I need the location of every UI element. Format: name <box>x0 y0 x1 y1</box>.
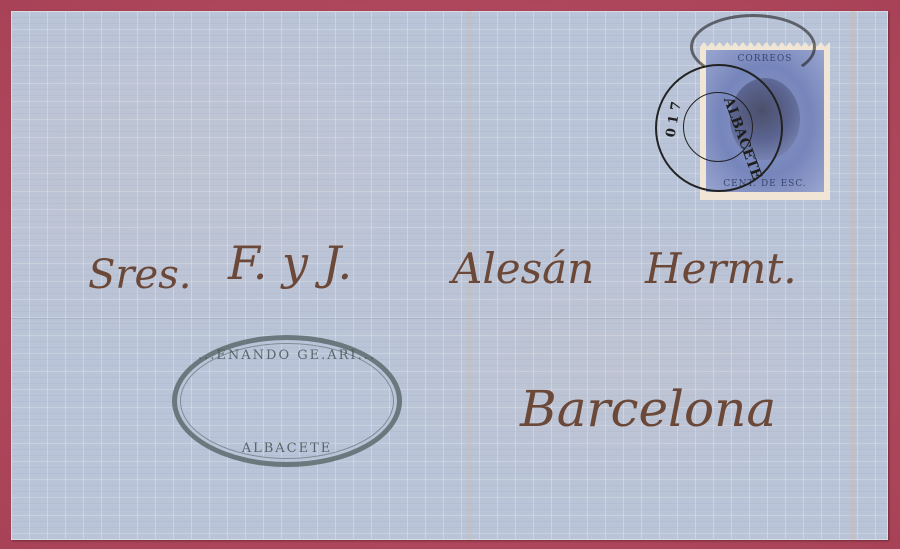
address-suffix: Hermt. <box>645 244 797 293</box>
handstamp-top-text: ...ENANDO GE.ARI... <box>177 348 397 363</box>
handstamp-bottom-text: ALBACETE <box>177 441 397 456</box>
address-city: Barcelona <box>520 380 776 438</box>
sender-handstamp: ...ENANDO GE.ARI... ALBACETE <box>172 335 402 467</box>
postmark-partial-ring <box>690 14 816 80</box>
address-initials: F. y J. <box>228 236 352 290</box>
address-surname: Alesán <box>452 244 594 293</box>
address-prefix: Sres. <box>88 252 191 298</box>
fold-line <box>11 318 888 319</box>
